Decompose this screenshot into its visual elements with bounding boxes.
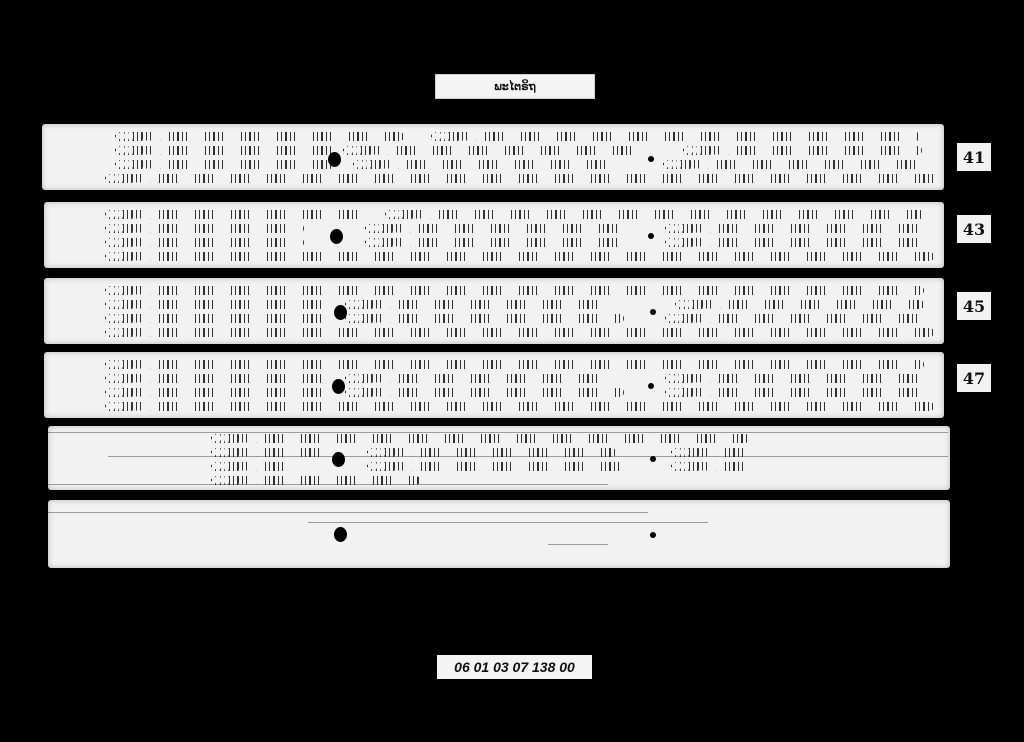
palm-leaf-6-blank: [48, 500, 950, 568]
leaf-number-41: 41: [957, 143, 991, 171]
leaf-number-45: 45: [957, 292, 991, 320]
binding-hole: [328, 152, 341, 167]
palm-leaf-2: [44, 202, 944, 268]
binding-hole: [334, 305, 347, 320]
binding-hole: [650, 309, 656, 315]
palm-leaf-3: [44, 278, 944, 344]
binding-hole: [334, 527, 347, 542]
binding-hole: [650, 532, 656, 538]
leaf-number-47: 47: [957, 364, 991, 392]
binding-hole: [332, 452, 345, 467]
leaf-number-43: 43: [957, 215, 991, 243]
palm-leaf-5: [48, 426, 950, 490]
binding-hole: [648, 233, 654, 239]
palm-leaf-1: [42, 124, 944, 190]
palm-leaf-4: [44, 352, 944, 418]
binding-hole: [330, 229, 343, 244]
binding-hole: [332, 379, 345, 394]
catalog-number-label: 06 01 03 07 138 00: [437, 655, 592, 679]
manuscript-title-label: ພະໄຕຣິຖ: [435, 74, 595, 99]
binding-hole: [650, 456, 656, 462]
binding-hole: [648, 383, 654, 389]
binding-hole: [648, 156, 654, 162]
